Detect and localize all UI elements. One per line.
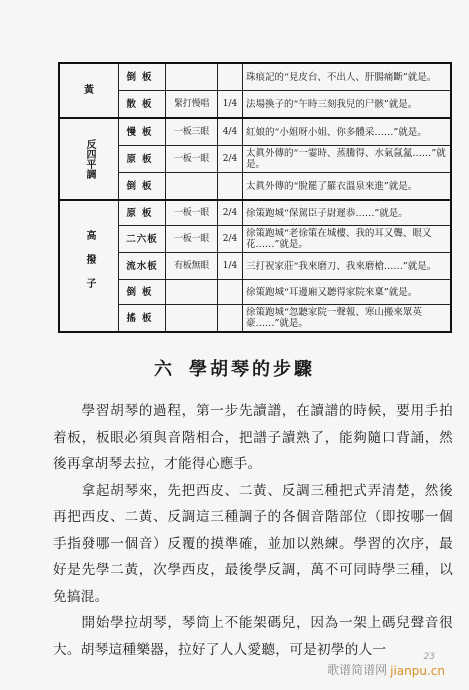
time-signature: 1/4 [218,91,243,119]
beat-pattern [166,63,218,91]
beat-pattern [166,280,218,305]
banshi-name: 搖板 [119,305,166,333]
body-text: 學習胡琴的過程，第一步先讀譜，在讀譜的時候，要用手拍着板，板眼必須與音階相合，把… [53,398,453,663]
example-text: 三打祝家莊“我來磨刀、我來磨槍……”就是。 [243,253,452,280]
table-row: 倒板 徐策跑城“耳邊廂又聽得家院來稟”就是。 [59,280,451,305]
example-text: 徐策跑城“保駕臣子尉遲恭……”就是。 [243,200,452,226]
time-signature [218,305,243,333]
table-row: 原板 一板一眼 2/4 太眞外傳的“一霎時、蒸騰得、水氣氤氳……”就是。 [59,146,451,173]
banshi-name: 散板 [119,91,166,119]
banshi-name: 倒板 [119,173,166,201]
banshi-name: 二六板 [119,226,166,253]
time-signature: 2/4 [218,226,243,253]
banqiang-table: 黃 倒板 珠痕記的“見皮台、不出人、肝腸痛斷”就是。 散板 緊打慢唱 1/4 法… [58,62,452,333]
banshi-name: 流水板 [119,253,166,280]
beat-pattern: 有板無眼 [166,253,218,280]
banshi-name: 倒板 [119,280,166,305]
beat-pattern: 一板一眼 [166,200,218,226]
time-signature: 4/4 [218,118,243,146]
section-number: 六 [154,359,175,380]
section-title: 學胡琴的步驟 [189,359,315,380]
section-heading: 六學胡琴的步驟 [0,355,469,381]
group-label: 反四平調 [59,118,119,200]
table-row: 搖板 徐策跑城“忽聽家院一聲報、寒山搬來眾英豪……”就是。 [59,305,451,333]
watermark: 歌谱简谱网 jianpu.cn [327,661,445,678]
time-signature: 2/4 [218,200,243,226]
banshi-name: 原板 [119,146,166,173]
paragraph: 學習胡琴的過程，第一步先讀譜，在讀譜的時候，要用手拍着板，板眼必須與音階相合，把… [53,398,453,478]
group-label: 黃 [59,63,119,118]
table-row: 散板 緊打慢唱 1/4 法場換子的“午時三刻我兒的尸骸”就是。 [59,91,451,119]
table-row: 高撥子 原板 一板一眼 2/4 徐策跑城“保駕臣子尉遲恭……”就是。 [59,200,451,226]
banqiang-table-container: 黃 倒板 珠痕記的“見皮台、不出人、肝腸痛斷”就是。 散板 緊打慢唱 1/4 法… [58,62,452,333]
beat-pattern: 一板三眼 [166,118,218,146]
table-row: 倒板 太眞外傳的“脫罷了羅衣溫泉來進”就是。 [59,173,451,201]
example-text: 法場換子的“午時三刻我兒的尸骸”就是。 [243,91,452,119]
table-row: 黃 倒板 珠痕記的“見皮台、不出人、肝腸痛斷”就是。 [59,63,451,91]
banshi-name: 倒板 [119,63,166,91]
time-signature [218,280,243,305]
example-text: 徐策跑城“忽聽家院一聲報、寒山搬來眾英豪……”就是。 [243,305,452,333]
time-signature: 2/4 [218,146,243,173]
group-label: 高撥子 [59,200,119,332]
beat-pattern: 緊打慢唱 [166,91,218,119]
banshi-name: 慢板 [119,118,166,146]
example-text: 徐策跑城“老徐策在城樓、我的耳又聾、眼又花……”就是。 [243,226,452,253]
example-text: 紅娘的“小姐呀小姐、你多體采……”就是。 [243,118,452,146]
table-row: 反四平調 慢板 一板三眼 4/4 紅娘的“小姐呀小姐、你多體采……”就是。 [59,118,451,146]
paragraph: 開始學拉胡琴，琴筒上不能架碼兒，因為一架上碼兒聲音很大。胡琴這種樂器，拉好了人人… [53,610,453,663]
time-signature [218,63,243,91]
example-text: 珠痕記的“見皮台、不出人、肝腸痛斷”就是。 [243,63,452,91]
watermark-url: jianpu.cn [390,664,445,678]
beat-pattern [166,173,218,201]
time-signature: 1/4 [218,253,243,280]
table-row: 流水板 有板無眼 1/4 三打祝家莊“我來磨刀、我來磨槍……”就是。 [59,253,451,280]
beat-pattern [166,305,218,333]
time-signature [218,173,243,201]
paragraph: 拿起胡琴來，先把西皮、二黃、反調三種把式弄清楚，然後再把西皮、二黃、反調這三種調… [53,478,453,611]
banshi-name: 原板 [119,200,166,226]
example-text: 太眞外傳的“脫罷了羅衣溫泉來進”就是。 [243,173,452,201]
watermark-site-name: 歌谱简谱网 [327,661,387,678]
example-text: 徐策跑城“耳邊廂又聽得家院來稟”就是。 [243,280,452,305]
example-text: 太眞外傳的“一霎時、蒸騰得、水氣氤氳……”就是。 [243,146,452,173]
table-row: 二六板 一板一眼 2/4 徐策跑城“老徐策在城樓、我的耳又聾、眼又花……”就是。 [59,226,451,253]
beat-pattern: 一板一眼 [166,226,218,253]
beat-pattern: 一板一眼 [166,146,218,173]
